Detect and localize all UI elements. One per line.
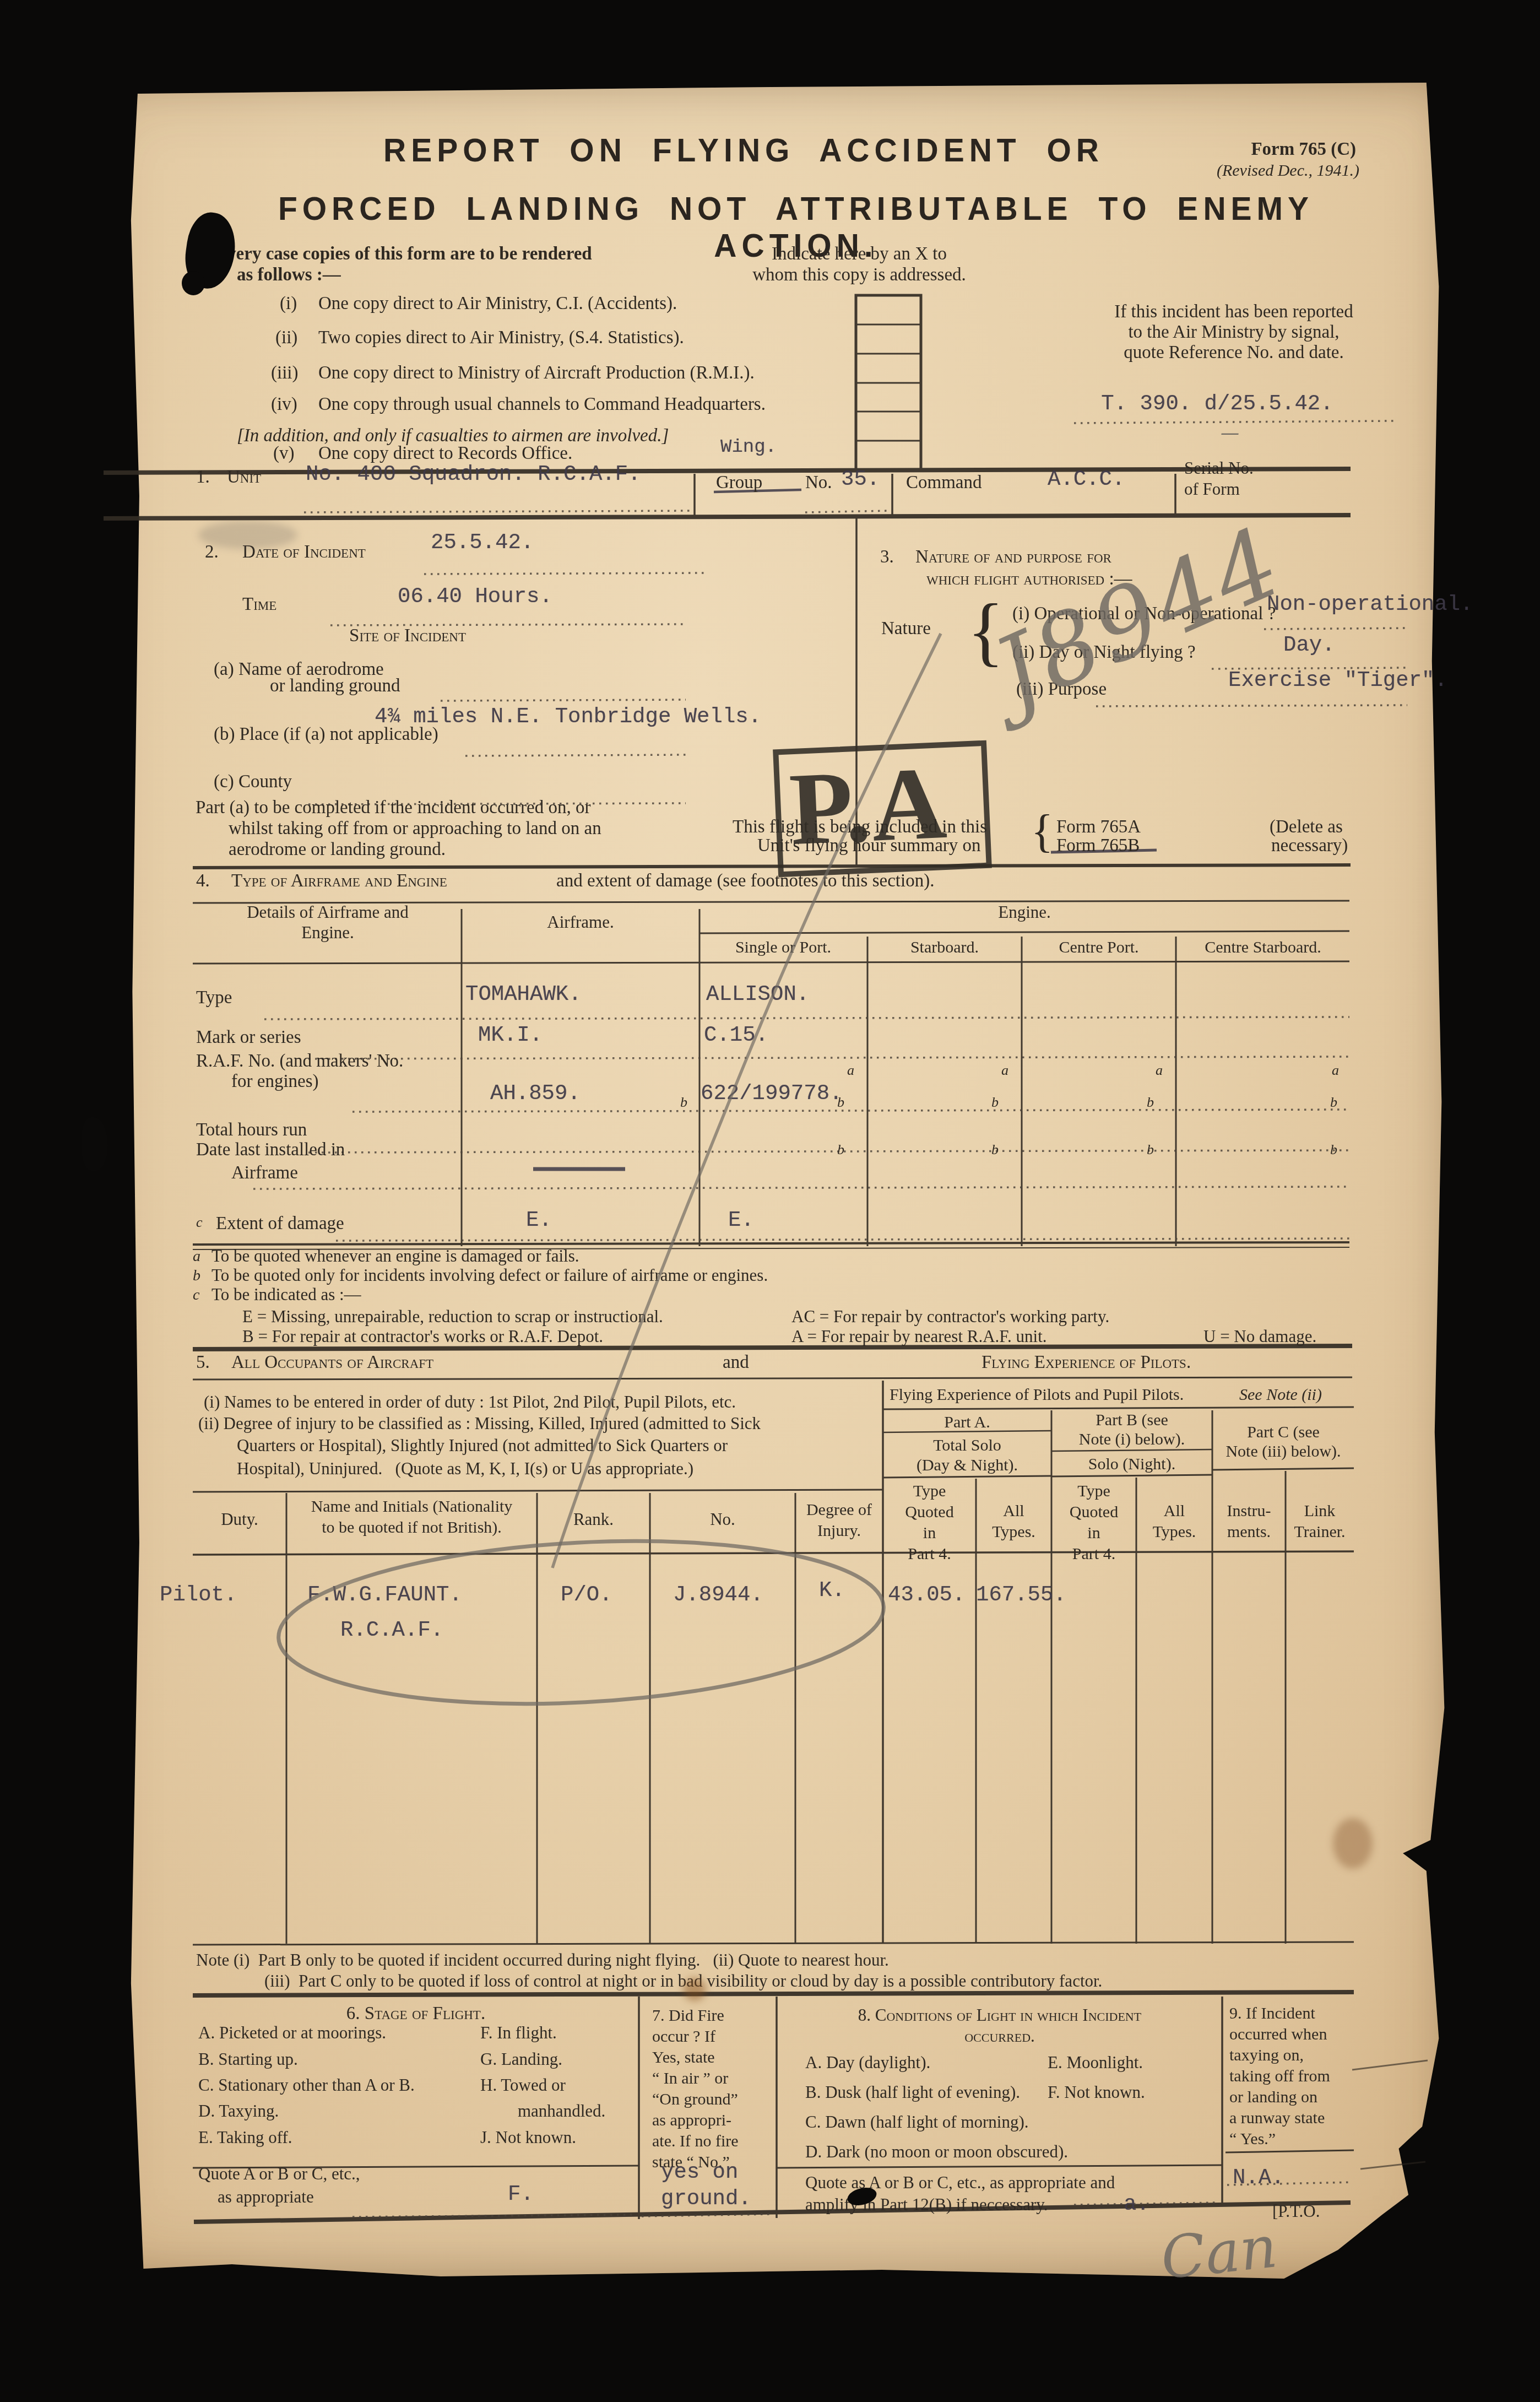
paper-hole	[182, 271, 205, 295]
paper-edge-notch	[82, 1117, 108, 1171]
scanned-accident-report: REPORT ON FLYING ACCIDENT OR FORCED LAND…	[0, 0, 1540, 2402]
stain	[683, 1978, 706, 2001]
pencil-marks-layer	[0, 0, 1540, 2402]
pencil-smudge	[198, 521, 297, 549]
stain	[1333, 1818, 1373, 1869]
